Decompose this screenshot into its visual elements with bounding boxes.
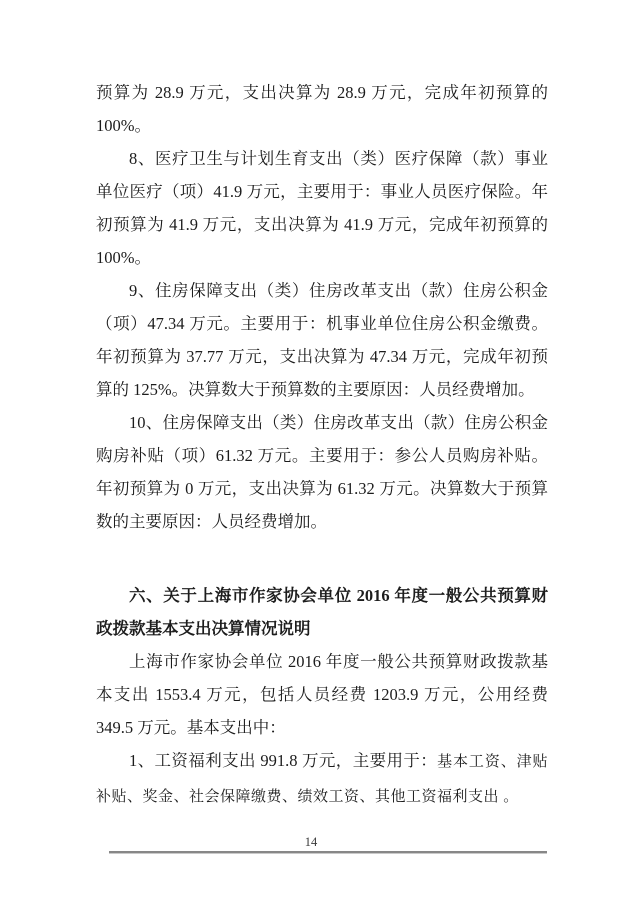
paragraph-continuation: 预算为 28.9 万元，支出决算为 28.9 万元，完成年初预算的 100%。 [96,76,548,142]
paragraph-item-1: 1、工资福利支出 991.8 万元，主要用于：基本工资、津贴补贴、奖金、社会保障… [96,744,548,814]
item-1-lead-text: 1、工资福利支出 991.8 万元，主要用于： [129,751,437,770]
footer-divider [109,851,547,854]
page-body: 预算为 28.9 万元，支出决算为 28.9 万元，完成年初预算的 100%。 … [96,76,548,814]
paragraph-item-9: 9、住房保障支出（类）住房改革支出（款）住房公积金（项）47.34 万元。主要用… [96,274,548,406]
section-6-heading: 六、关于上海市作家协会单位 2016 年度一般公共预算财政拨款基本支出决算情况说… [96,579,548,645]
paragraph-section-6-intro: 上海市作家协会单位 2016 年度一般公共预算财政拨款基本支出 1553.4 万… [96,645,548,744]
paragraph-item-10: 10、住房保障支出（类）住房改革支出（款）住房公积金购房补贴（项）61.32 万… [96,406,548,538]
paragraph-item-8: 8、医疗卫生与计划生育支出（类）医疗保障（款）事业单位医疗（项）41.9 万元，… [96,142,548,274]
document-page: 预算为 28.9 万元，支出决算为 28.9 万元，完成年初预算的 100%。 … [0,0,640,905]
page-number: 14 [96,834,526,850]
